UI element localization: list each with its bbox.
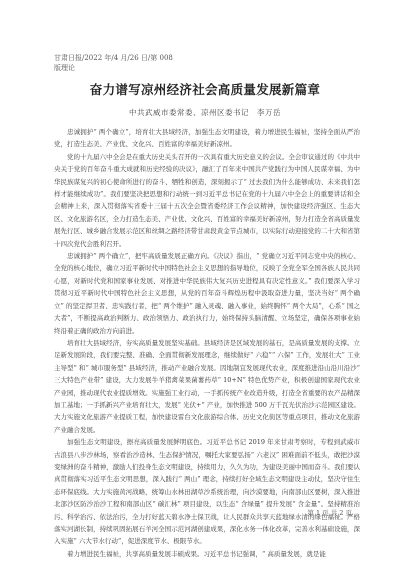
paragraph: 加强生态文明建设，擦亮高质量发展鲜明底色。习近平总书记 2019 年来甘肃考察时… xyxy=(54,436,360,548)
article-body: 忠诚拥护“ 两个确立”，培育壮大县域经济，加强生态文明建设，着力增进民生福祉，坚… xyxy=(54,126,360,560)
article-title: 奋力谱写凉州经济社会高质量发展新篇章 xyxy=(0,80,410,98)
paragraph: 忠诚拥护“ 两个确立”，把牢高质量发展正确方向。《决议》指出，“ 党确立习近平同… xyxy=(54,250,360,337)
paragraph: 忠诚拥护“ 两个确立”，培育壮大县域经济，加强生态文明建设，着力增进民生福祉，坚… xyxy=(54,126,360,151)
article-byline: 中共武威市委常委、凉州区委书记 李万岳 xyxy=(0,107,410,118)
document-meta: 甘肃日报/2022 年/4 月/26 日/第 008 版理论 xyxy=(54,53,173,73)
paragraph: 着力增进民生福祉，共享高质量发展丰硕成果。习近平总书记强调，“ 高质量发展，就是… xyxy=(54,548,360,560)
paragraph: 培育壮大县域经济，夯实高质量发展坚实基础。县域经济是区域发展的基石，是高质量发展… xyxy=(54,337,360,436)
page-indicator: 第 1 页 共 2 页 xyxy=(307,508,352,517)
section-line: 版理论 xyxy=(54,63,173,73)
source-line: 甘肃日报/2022 年/4 月/26 日/第 008 xyxy=(54,53,173,63)
paragraph: 党的十九届六中全会是在重大历史关头召开的一次具有重大历史意义的会议。全会审议通过… xyxy=(54,151,360,250)
